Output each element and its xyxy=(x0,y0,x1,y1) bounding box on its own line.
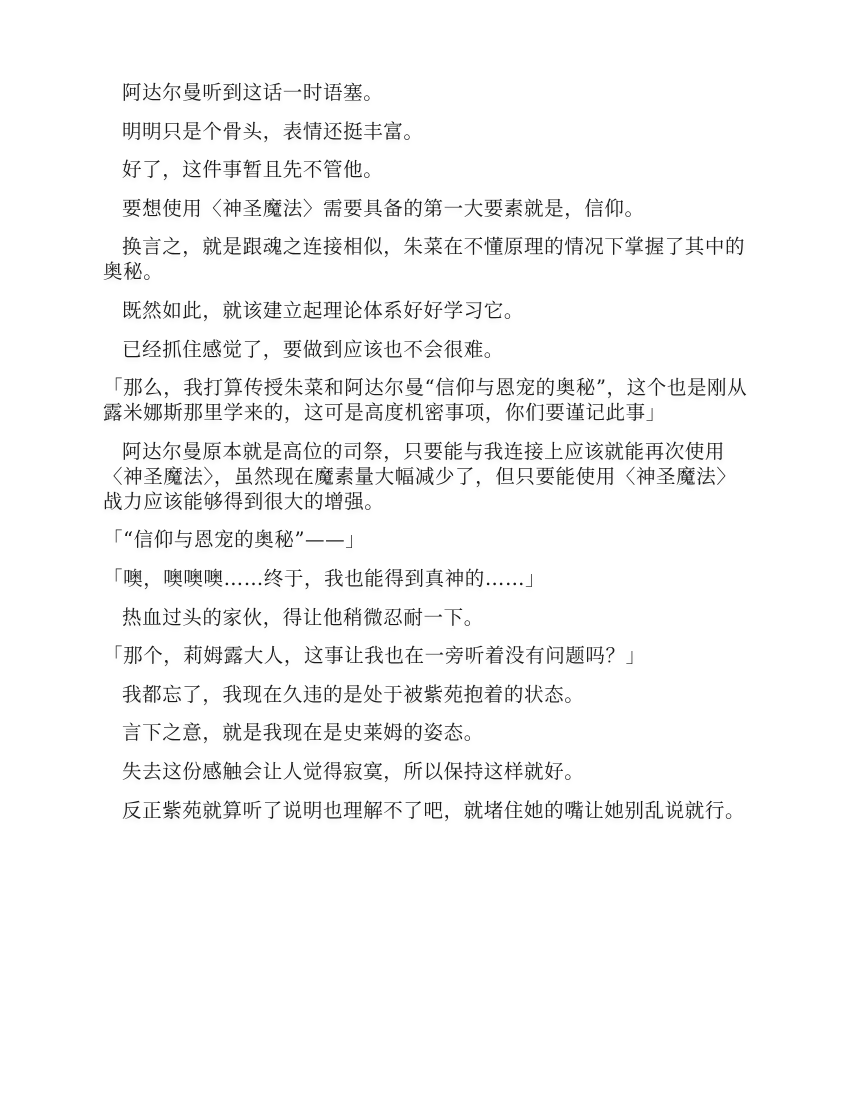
paragraph-narration: 热血过头的家伙，得让他稍微忍耐一下。 xyxy=(103,605,753,630)
paragraph-dialogue: 「噢，噢噢噢……终于，我也能得到真神的……」 xyxy=(103,566,753,591)
paragraph-narration: 已经抓住感觉了，要做到应该也不会很难。 xyxy=(103,337,753,362)
paragraph-narration: 阿达尔曼听到这话一时语塞。 xyxy=(103,80,753,105)
paragraph-narration: 换言之，就是跟魂之连接相似，朱菜在不懂原理的情况下掌握了其中的奥秘。 xyxy=(103,234,753,284)
paragraph-narration: 失去这份感触会让人觉得寂寞，所以保持这样就好。 xyxy=(103,759,753,784)
paragraph-dialogue: 「那个，莉姆露大人，这事让我也在一旁听着没有问题吗？」 xyxy=(103,643,753,668)
document-page: 阿达尔曼听到这话一时语塞。 明明只是个骨头，表情还挺丰富。 好了，这件事暂且先不… xyxy=(103,80,753,836)
paragraph-narration: 反正紫苑就算听了说明也理解不了吧，就堵住她的嘴让她别乱说就行。 xyxy=(103,798,753,823)
paragraph-dialogue: 「“信仰与恩宠的奥秘”——」 xyxy=(103,527,753,552)
paragraph-narration: 既然如此，就该建立起理论体系好好学习它。 xyxy=(103,298,753,323)
paragraph-narration: 明明只是个骨头，表情还挺丰富。 xyxy=(103,119,753,144)
paragraph-narration: 我都忘了，我现在久违的是处于被紫苑抱着的状态。 xyxy=(103,682,753,707)
paragraph-narration: 阿达尔曼原本就是高位的司祭，只要能与我连接上应该就能再次使用〈神圣魔法〉，虽然现… xyxy=(103,439,753,514)
paragraph-narration: 好了，这件事暂且先不管他。 xyxy=(103,157,753,182)
paragraph-dialogue: 「那么，我打算传授朱菜和阿达尔曼“信仰与恩宠的奥秘”，这个也是刚从露米娜斯那里学… xyxy=(103,375,753,425)
paragraph-narration: 要想使用〈神圣魔法〉需要具备的第一大要素就是，信仰。 xyxy=(103,196,753,221)
paragraph-narration: 言下之意，就是我现在是史莱姆的姿态。 xyxy=(103,720,753,745)
